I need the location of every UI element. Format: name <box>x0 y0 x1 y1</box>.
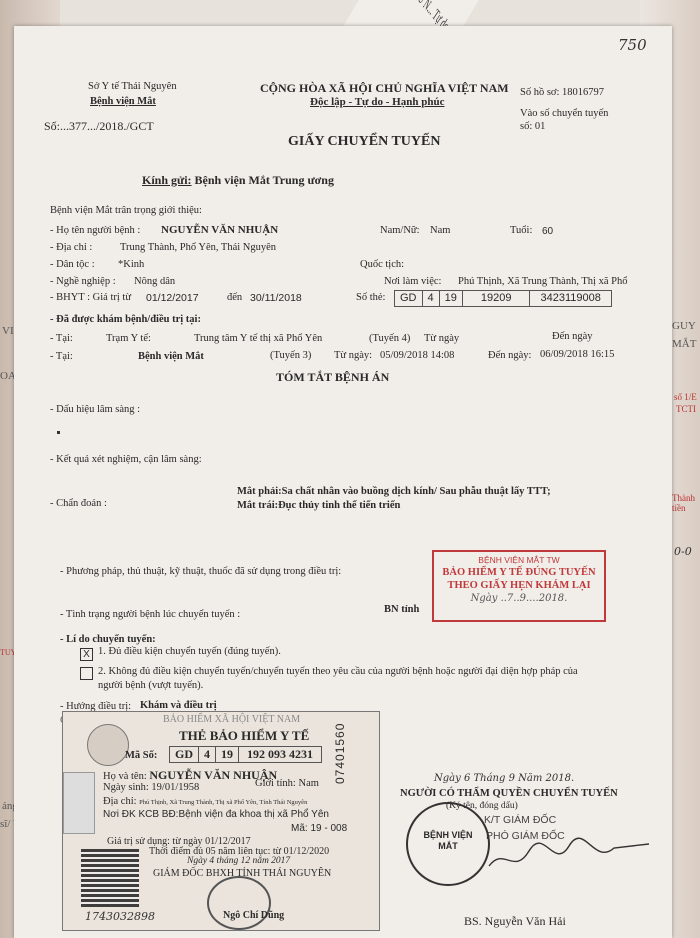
card-name-row: Họ và tên: NGUYỄN VĂN NHUẬN <box>103 768 277 783</box>
hospital-seal: BỆNH VIỆN MẮT <box>406 802 490 886</box>
summary-heading: TÓM TẮT BỆNH ÁN <box>276 370 389 385</box>
transfer-book-number: số: 01 <box>520 121 545 132</box>
bullet-dot <box>57 431 60 434</box>
card-number-label: Số thẻ: <box>356 292 385 303</box>
nation-motto: Độc lập - Tự do - Hạnh phúc <box>310 96 444 108</box>
card-photo-placeholder <box>63 772 95 834</box>
treated-to-label: Đến ngày: <box>488 350 531 361</box>
transfer-document: 750 Sở Y tế Thái Nguyên Bệnh viện Mắt Số… <box>14 26 672 938</box>
card-address-label: Địa chỉ: <box>103 796 137 807</box>
card-code-part: 19 <box>216 747 239 762</box>
diagnosis-label: - Chẩn đoán : <box>50 498 107 509</box>
treated-at-label: - Tại: <box>50 333 73 344</box>
methods-label: - Phương pháp, thủ thuật, kỹ thuật, thuố… <box>60 566 341 577</box>
signer-role-1: K/T GIÁM ĐỐC <box>484 814 556 826</box>
doctor-name: BS. Nguyễn Văn Hải <box>464 914 566 929</box>
stamp-line-3: THEO GIẤY HẸN KHÁM LẠI <box>434 580 604 591</box>
health-insurance-card: BẢO HIỂM XÃ HỘI VIỆT NAM THẺ BẢO HIỂM Y … <box>62 711 380 931</box>
ethnicity-value: *Kinh <box>118 259 144 270</box>
card-issue-date: Ngày 4 tháng 12 năm 2017 <box>187 856 290 866</box>
treated-level: (Tuyến 4) <box>369 333 410 344</box>
diagnosis-right-eye: Mắt phải:Sa chất nhân vào buồng dịch kín… <box>237 486 551 497</box>
card-code-part: 192 093 4231 <box>239 747 321 762</box>
direction-value: Khám và điều trị <box>140 700 217 711</box>
occupation-label: - Nghề nghiệp : <box>50 276 116 287</box>
card-signer: Ngô Chí Dũng <box>223 910 284 921</box>
treated-facility: Trung tâm Y tế thị xã Phổ Yên <box>194 333 322 344</box>
card-address: Phú Thịnh, Xã Trung Thành, Thị xã Phổ Yê… <box>139 799 307 806</box>
nation-title: CỘNG HÒA XÃ HỘI CHỦ NGHĨA VIỆT NAM <box>260 81 509 96</box>
card-gender: Nam <box>298 778 318 789</box>
gender-label: Nam/Nữ: <box>380 225 420 236</box>
card-number-box: GD 4 19 19209 3423119008 <box>394 290 612 307</box>
card-seal <box>207 876 271 930</box>
signature-date: Ngày 6 Tháng 9 Năm 2018. <box>434 773 574 784</box>
reason-checkbox-over-route[interactable] <box>80 667 93 680</box>
insurance-to-label: đến <box>227 292 242 303</box>
bg-fragment: TCTI <box>676 404 696 414</box>
condition-value: BN tỉnh <box>384 604 419 615</box>
reason-checkbox-correct-route[interactable]: X <box>80 648 93 661</box>
treated-to-label: Đến ngày <box>552 331 593 342</box>
gender-value: Nam <box>430 225 450 236</box>
card-address-row: Địa chỉ: Phú Thịnh, Xã Trung Thành, Thị … <box>103 796 307 807</box>
stamp-line-1: BỆNH VIỆN MẮT TW <box>434 555 604 565</box>
authority-title: NGƯỜI CÓ THẨM QUYỀN CHUYỂN TUYẾN <box>400 788 618 799</box>
insurance-label: - BHYT : Giá trị từ <box>50 292 131 303</box>
card-facility-row: Nơi ĐK KCB BĐ:Bệnh viện đa khoa thị xã P… <box>103 809 329 820</box>
reason-heading: - Lí do chuyển tuyến: <box>60 634 156 645</box>
treated-to: 06/09/2018 16:15 <box>540 349 614 360</box>
address-value: Trung Thành, Phổ Yên, Thái Nguyên <box>120 242 276 253</box>
document-title: GIẤY CHUYỂN TUYẾN <box>288 134 440 150</box>
insurance-to: 30/11/2018 <box>250 292 302 304</box>
ethnicity-label: - Dân tộc : <box>50 259 95 270</box>
card-title: THẺ BẢO HIỂM Y TẾ <box>179 728 309 744</box>
card-facility-code: 19 - 008 <box>310 823 347 834</box>
insurance-stamp: BỆNH VIỆN MẮT TW BẢO HIỂM Y TẾ ĐÚNG TUYẾ… <box>432 550 606 622</box>
stamp-date: Ngày ..7..9....2018. <box>434 593 604 604</box>
card-facility-code-label: Mã: <box>291 823 308 834</box>
transfer-book-label: Vào số chuyển tuyến <box>520 108 608 119</box>
card-org: BẢO HIỂM XÃ HỘI VIỆT NAM <box>163 714 300 725</box>
patient-name-label: - Họ tên người bệnh : <box>50 225 140 236</box>
hospital-name: Bệnh viện Mắt <box>90 96 156 107</box>
bg-fragment: số 1/E <box>674 392 697 402</box>
reason-option-2: 2. Không đủ điều kiện chuyển tuyến/chuyể… <box>98 665 598 693</box>
treated-level: (Tuyến 3) <box>270 350 311 361</box>
bg-fragment: GUY <box>672 320 696 332</box>
card-part: 19 <box>440 291 463 306</box>
treated-from: 05/09/2018 14:08 <box>380 350 454 361</box>
card-code-box: GD 4 19 192 093 4231 <box>169 746 322 763</box>
card-part: 19209 <box>463 291 531 306</box>
addressee: Kính gửi: Bệnh viện Mắt Trung ương <box>142 173 334 188</box>
workplace-value: Phú Thịnh, Xã Trung Thành, Thị xã Phổ <box>458 276 627 287</box>
addressee-value: Bệnh viện Mắt Trung ương <box>195 173 334 187</box>
occupation-value: Nông dân <box>134 276 175 287</box>
treated-from-label: Từ ngày <box>424 333 459 344</box>
diagnosis-left-eye: Mắt trái:Đục thủy tinh thể tiến triển <box>237 500 400 511</box>
treated-type: Trạm Y tế: <box>106 333 151 344</box>
bg-fragment: MẮT <box>672 338 696 350</box>
treated-from-label: Từ ngày: <box>334 350 372 361</box>
card-gender-row: Giới tính: Nam <box>255 778 319 789</box>
card-dob-row: Ngày sinh: 19/01/1958 <box>103 782 199 793</box>
card-code-part: GD <box>170 747 199 762</box>
workplace-label: Nơi làm việc: <box>384 276 441 287</box>
card-code-part: 4 <box>199 747 216 762</box>
card-facility-code-row: Mã: 19 - 008 <box>291 823 347 834</box>
reason-option-1: 1. Đủ điều kiện chuyển tuyến (đúng tuyến… <box>98 646 281 657</box>
card-part: 4 <box>423 291 440 306</box>
card-dob-label: Ngày sinh: <box>103 782 149 793</box>
clinical-signs-label: - Dấu hiệu lâm sàng : <box>50 404 140 415</box>
card-gender-label: Giới tính: <box>255 778 296 789</box>
department-name: Sở Y tế Thái Nguyên <box>88 81 177 92</box>
treated-facility: Bệnh viện Mắt <box>138 351 204 362</box>
card-facility-label: Nơi ĐK KCB BĐ: <box>103 809 178 820</box>
card-name-label: Họ và tên: <box>103 771 147 782</box>
document-number: Số:...377.../2018./GCT <box>44 119 154 134</box>
address-label: - Địa chỉ : <box>50 242 92 253</box>
record-number: Số hồ sơ: 18016797 <box>520 87 604 98</box>
bg-fragment: 0-0 <box>674 545 692 558</box>
age-label: Tuổi: <box>510 225 532 236</box>
lab-results-label: - Kết quả xét nghiệm, cận lâm sàng: <box>50 454 202 465</box>
card-facility: Bệnh viện đa khoa thị xã Phổ Yên <box>178 809 328 820</box>
vss-logo-icon <box>87 724 129 766</box>
condition-label: - Tình trạng người bệnh lúc chuyển tuyến… <box>60 609 240 620</box>
nationality-label: Quốc tịch: <box>360 259 404 270</box>
card-part: 3423119008 <box>530 291 610 306</box>
bg-fragment: VI <box>2 325 14 337</box>
intro-text: Bệnh viện Mắt trân trọng giới thiệu: <box>50 205 202 216</box>
patient-name: NGUYỄN VĂN NHUẬN <box>161 224 278 236</box>
card-handwritten-number: 1743032898 <box>85 910 155 923</box>
card-part: GD <box>395 291 423 306</box>
card-serial: 07401560 <box>333 723 347 784</box>
card-code-label: Mã Số: <box>125 750 157 761</box>
addressee-label: Kính gửi: <box>142 173 192 187</box>
treated-heading: - Đã được khám bệnh/điều trị tại: <box>50 314 201 325</box>
handwritten-corner-number: 750 <box>618 36 647 54</box>
age-value: 60 <box>542 226 553 237</box>
treated-at-label: - Tại: <box>50 351 73 362</box>
stamp-line-2: BẢO HIỂM Y TẾ ĐÚNG TUYẾN <box>434 567 604 578</box>
bg-fragment: Thành tiền <box>672 493 700 513</box>
signature-scribble <box>484 836 654 876</box>
qr-code <box>81 849 139 907</box>
insurance-from: 01/12/2017 <box>146 292 199 304</box>
hospital-seal-text: BỆNH VIỆN MẮT <box>416 830 480 852</box>
card-dob: 19/01/1958 <box>151 782 199 793</box>
